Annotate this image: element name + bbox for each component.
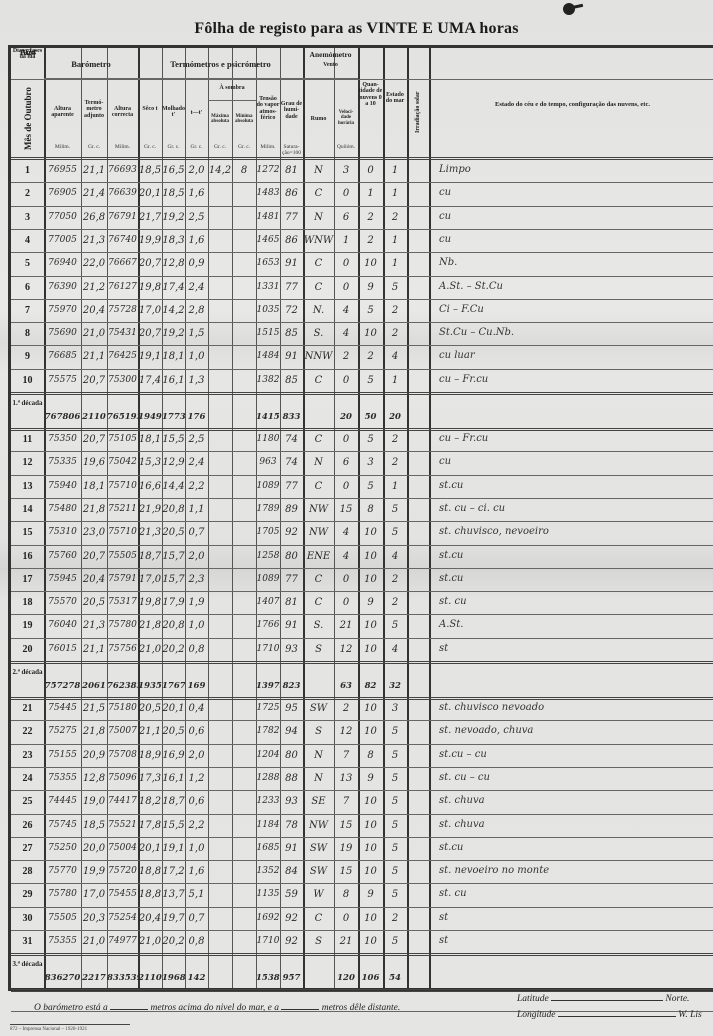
anemometro-header: Anemómetro <box>303 51 358 59</box>
sky-description: st. chuva <box>439 819 485 830</box>
table-row: 167576020,77550518,715,72,0125880ENE4104… <box>11 546 713 569</box>
cell-term: 21,3 <box>81 235 107 246</box>
cell-vel: 0 <box>334 913 358 924</box>
decada-molh: 1773 <box>162 412 185 422</box>
cell-dif: 1,6 <box>185 866 208 877</box>
cell-seco: 15,3 <box>138 457 162 468</box>
col-altura-aparente: Altura aparente <box>44 106 81 119</box>
latitude-label: Latitude <box>517 994 549 1004</box>
cell-nuv: 9 <box>358 597 383 608</box>
table-row: 137594018,17571016,614,42,2108977C051st.… <box>11 476 713 499</box>
cell-molh: 15,7 <box>162 551 185 562</box>
cell-molh: 18,5 <box>162 188 185 199</box>
cell-humid: 93 <box>280 644 303 655</box>
cell-alt_ap: 77005 <box>44 235 81 245</box>
barometro-note-a: O barómetro está a <box>34 1003 108 1013</box>
cell-seco: 18,1 <box>138 434 162 445</box>
cell-mar: 2 <box>383 913 407 924</box>
cell-alt_ap: 76390 <box>44 282 81 292</box>
cell-rumo: ENE <box>303 551 334 562</box>
cell-molh: 18,1 <box>162 351 185 362</box>
cell-vel: 0 <box>334 375 358 386</box>
cell-mar: 5 <box>383 936 407 947</box>
cell-alt_corr: 75007 <box>107 726 138 736</box>
cell-mar: 1 <box>383 235 407 246</box>
cell-tensao: 1035 <box>256 305 280 315</box>
cell-seco: 19,1 <box>138 351 162 362</box>
cell-alt_corr: 75780 <box>107 620 138 630</box>
sky-description: A.St. – St.Cu <box>439 281 503 292</box>
cell-seco: 20,5 <box>138 703 162 714</box>
cell-alt_ap: 75275 <box>44 726 81 736</box>
cell-term: 26,8 <box>81 212 107 223</box>
cell-seco: 18,7 <box>138 551 162 562</box>
cell-vel: 6 <box>334 212 358 223</box>
cell-nuv: 10 <box>358 644 383 655</box>
cell-rumo: C <box>303 574 334 585</box>
cell-dif: 2,2 <box>185 481 208 492</box>
table-row: 147548021,87521121,920,81,1178989NW1585s… <box>11 499 713 522</box>
table-row: 87569021,07543120,719,21,5151585S.4102St… <box>11 323 713 346</box>
latitude-suffix: Norte. <box>665 994 689 1004</box>
table-row: 317535521,07497721,020,20,8171092S21105s… <box>11 931 713 954</box>
cell-alt_corr: 75710 <box>107 481 138 491</box>
cell-humid: 92 <box>280 936 303 947</box>
cell-molh: 12,9 <box>162 457 185 468</box>
cell-vel: 12 <box>334 726 358 737</box>
cell-tensao: 1705 <box>256 527 280 537</box>
cell-nuv: 10 <box>358 843 383 854</box>
decada-dif: 176 <box>185 412 208 422</box>
cell-vel: 4 <box>334 305 358 316</box>
decada-mar: 20 <box>383 412 407 422</box>
cell-humid: 92 <box>280 527 303 538</box>
cell-nuv: 10 <box>358 866 383 877</box>
cell-rumo: C <box>303 434 334 445</box>
decada-seco: 2110 <box>138 973 162 983</box>
cell-molh: 19,7 <box>162 913 185 924</box>
cell-molh: 15,5 <box>162 820 185 831</box>
cell-dif: 1,0 <box>185 620 208 631</box>
cell-alt_corr: 76639 <box>107 188 138 198</box>
sky-description: st <box>439 643 448 654</box>
ink-blot <box>563 3 575 15</box>
cell-rumo: SE <box>303 796 334 807</box>
cell-seco: 20,7 <box>138 328 162 339</box>
decada-tensao: 15389 <box>256 973 280 983</box>
barometro-note: O barómetro está a metros acima do nivel… <box>34 1003 400 1013</box>
cell-term: 20,4 <box>81 305 107 316</box>
col-nuvens: Quan-tidade de nuvens 0 a 10 <box>358 82 383 107</box>
day-number: 27 <box>11 843 44 854</box>
table-row: 277525020,07500420,119,11,0168591SW19105… <box>11 838 713 861</box>
sky-description: A.St. <box>439 619 463 630</box>
day-number: 21 <box>11 703 44 714</box>
col-maxima: Máxima absoluta <box>208 114 232 125</box>
cell-mar: 5 <box>383 726 407 737</box>
cell-alt_ap: 75770 <box>44 866 81 876</box>
cell-seco: 21,0 <box>138 936 162 947</box>
cell-mar: 5 <box>383 843 407 854</box>
cell-seco: 21,1 <box>138 726 162 737</box>
cell-vel: 0 <box>334 188 358 199</box>
cell-molh: 13,7 <box>162 889 185 900</box>
cell-vel: 7 <box>334 796 358 807</box>
cell-seco: 19,8 <box>138 282 162 293</box>
cell-humid: 74 <box>280 457 303 468</box>
table-row: 127533519,67504215,312,92,496374N632cu <box>11 452 713 475</box>
cell-molh: 17,9 <box>162 597 185 608</box>
cell-dif: 2,4 <box>185 282 208 293</box>
cell-alt_ap: 76685 <box>44 351 81 361</box>
cell-seco: 20,7 <box>138 258 162 269</box>
sky-description: st <box>439 935 448 946</box>
sky-description: st <box>439 912 448 923</box>
decada-nuv: 50 <box>358 412 383 422</box>
decada-term: 2217 <box>81 973 107 983</box>
cell-nuv: 9 <box>358 773 383 784</box>
cell-alt_ap: 77050 <box>44 212 81 222</box>
decada-summary-row: 2.ª década757278206176238319351767169139… <box>11 662 713 698</box>
cell-dif: 2,3 <box>185 574 208 585</box>
cell-alt_ap: 76905 <box>44 188 81 198</box>
cell-alt_ap: 76015 <box>44 644 81 654</box>
cell-rumo: SW <box>303 866 334 877</box>
cell-mar: 2 <box>383 434 407 445</box>
cell-humid: 91 <box>280 620 303 631</box>
table-row: 47700521,37674019,918,31,6146586WNW121cu <box>11 230 713 253</box>
cell-tensao: 1484 <box>256 351 280 361</box>
day-number: 25 <box>11 796 44 807</box>
unit-term: Gr. c. <box>81 144 107 150</box>
cell-dif: 2,0 <box>185 750 208 761</box>
decada-vel: 63 <box>334 681 358 691</box>
cell-alt_ap: 75350 <box>44 434 81 444</box>
sky-description: cu – Fr.cu <box>439 433 488 444</box>
cell-molh: 16,9 <box>162 750 185 761</box>
cell-tensao: 1180 <box>256 434 280 444</box>
cell-term: 18,5 <box>81 820 107 831</box>
decada-mar: 54 <box>383 973 407 983</box>
cell-seco: 19,9 <box>138 235 162 246</box>
decada-vel: 120 <box>334 973 358 983</box>
cell-alt_corr: 75105 <box>107 434 138 444</box>
day-number: 2 <box>11 188 44 199</box>
cell-tensao: 1258 <box>256 551 280 561</box>
cell-tensao: 1483 <box>256 188 280 198</box>
cell-alt_corr: 75521 <box>107 820 138 830</box>
cell-tensao: 1782 <box>256 726 280 736</box>
cell-alt_corr: 75042 <box>107 457 138 467</box>
cell-vel: 4 <box>334 551 358 562</box>
cell-term: 20,3 <box>81 913 107 924</box>
cell-vel: 21 <box>334 620 358 631</box>
cell-nuv: 10 <box>358 913 383 924</box>
cell-term: 12,8 <box>81 773 107 784</box>
cell-tensao: 1331 <box>256 282 280 292</box>
cell-vel: 12 <box>334 644 358 655</box>
cell-rumo: S <box>303 936 334 947</box>
cell-molh: 16,1 <box>162 375 185 386</box>
cell-rumo: NW <box>303 820 334 831</box>
day-number: 23 <box>11 750 44 761</box>
cell-mar: 1 <box>383 188 407 199</box>
cell-term: 20,0 <box>81 843 107 854</box>
cell-tensao: 1481 <box>256 212 280 222</box>
day-number: 9 <box>11 351 44 362</box>
cell-humid: 81 <box>280 165 303 176</box>
day-number: 28 <box>11 866 44 877</box>
sky-description: st. nevoeiro no monte <box>439 865 549 876</box>
col-a-sombra: À sombra <box>208 85 256 91</box>
cell-vel: 0 <box>334 282 358 293</box>
cell-mar: 5 <box>383 282 407 293</box>
cell-vel: 0 <box>334 597 358 608</box>
cell-nuv: 10 <box>358 703 383 714</box>
decada-alt_corr: 765193 <box>107 412 138 422</box>
cell-alt_corr: 75096 <box>107 773 138 783</box>
decada-nuv: 82 <box>358 681 383 691</box>
sky-description: St.Cu – Cu.Nb. <box>439 327 514 338</box>
cell-alt_corr: 75708 <box>107 750 138 760</box>
cell-alt_ap: 75940 <box>44 481 81 491</box>
sky-description: st.cu – cu <box>439 749 487 760</box>
cell-term: 20,4 <box>81 574 107 585</box>
decada-molh: 1767 <box>162 681 185 691</box>
col-grau-humidade: Grau de humi-dade <box>280 101 303 120</box>
cell-alt_ap: 75355 <box>44 773 81 783</box>
cell-term: 21,1 <box>81 351 107 362</box>
cell-tensao: 1288 <box>256 773 280 783</box>
sky-description: st. cu – ci. cu <box>439 503 505 514</box>
cell-mar: 5 <box>383 889 407 900</box>
cell-rumo: C <box>303 375 334 386</box>
cell-seco: 18,8 <box>138 889 162 900</box>
cell-dif: 0,8 <box>185 644 208 655</box>
cell-dif: 1,0 <box>185 843 208 854</box>
cell-vel: 2 <box>334 703 358 714</box>
col-altura-correcta: Altura correcta <box>107 106 138 119</box>
cell-alt_corr: 76791 <box>107 212 138 222</box>
cell-nuv: 10 <box>358 620 383 631</box>
cell-alt_ap: 75335 <box>44 457 81 467</box>
cell-molh: 12,8 <box>162 258 185 269</box>
decada-summary-row: 1.ª década767806211076519319491773176141… <box>11 393 713 429</box>
table-row: 287577019,97572018,817,21,6135284SW15105… <box>11 861 713 884</box>
cell-dif: 1,6 <box>185 235 208 246</box>
sky-description: st. chuva <box>439 795 485 806</box>
table-row: 27690521,47663920,118,51,6148386C011cu <box>11 183 713 206</box>
cell-vel: 15 <box>334 504 358 515</box>
cell-vel: 3 <box>334 165 358 176</box>
barometro-header: Barómetro <box>44 60 138 69</box>
cell-molh: 17,4 <box>162 282 185 293</box>
sky-description: st. cu <box>439 596 467 607</box>
day-number: 14 <box>11 504 44 515</box>
cell-mar: 5 <box>383 796 407 807</box>
col-estado-mar: Estado do mar <box>383 92 407 105</box>
cell-dif: 2,4 <box>185 457 208 468</box>
cell-nuv: 8 <box>358 504 383 515</box>
termometros-header: Termómetros e psicrómetro <box>138 60 303 69</box>
cell-seco: 20,4 <box>138 913 162 924</box>
cell-molh: 19,1 <box>162 843 185 854</box>
cell-seco: 18,5 <box>138 165 162 176</box>
cell-tensao: 1710 <box>256 936 280 946</box>
cell-humid: 86 <box>280 188 303 199</box>
cell-tensao: 963 <box>256 457 280 467</box>
cell-humid: 92 <box>280 913 303 924</box>
table-row: 117535020,77510518,115,52,5118074C052cu … <box>11 429 713 452</box>
day-number: 7 <box>11 305 44 316</box>
table-row: 247535512,87509617,316,11,2128888N1395st… <box>11 768 713 791</box>
decada-summary-row: 3.ª década836270221783353921101968142153… <box>11 954 713 990</box>
cell-term: 21,2 <box>81 282 107 293</box>
sky-description: st. chuvisco, nevoeiro <box>439 526 549 537</box>
cell-vel: 13 <box>334 773 358 784</box>
longitude-blank[interactable] <box>558 1016 676 1017</box>
cell-alt_ap: 75780 <box>44 889 81 899</box>
cell-seco: 17,0 <box>138 574 162 585</box>
decada-nuv: 106 <box>358 973 383 983</box>
decada-humid: 957 <box>280 973 303 983</box>
cell-nuv: 10 <box>358 258 383 269</box>
decada-seco: 1935 <box>138 681 162 691</box>
cell-max: 14,2 <box>208 165 232 176</box>
cell-rumo: N <box>303 165 334 176</box>
cell-mar: 5 <box>383 866 407 877</box>
cell-dif: 2,5 <box>185 212 208 223</box>
cell-alt_corr: 75791 <box>107 574 138 584</box>
day-number: 31 <box>11 936 44 947</box>
cell-term: 21,8 <box>81 504 107 515</box>
cell-alt_ap: 75570 <box>44 597 81 607</box>
cell-alt_corr: 75720 <box>107 866 138 876</box>
cell-alt_corr: 75756 <box>107 644 138 654</box>
cell-alt_corr: 75254 <box>107 913 138 923</box>
cell-term: 21,1 <box>81 165 107 176</box>
cell-alt_ap: 74445 <box>44 796 81 806</box>
decada-label: 2.ª década <box>11 668 44 676</box>
unit-alt_corr: Milim. <box>107 144 138 150</box>
cell-mar: 3 <box>383 703 407 714</box>
cell-nuv: 8 <box>358 750 383 761</box>
cell-mar: 5 <box>383 527 407 538</box>
cell-rumo: S. <box>303 620 334 631</box>
barometro-note-c: metros dêle distante. <box>322 1003 401 1013</box>
cell-term: 20,7 <box>81 551 107 562</box>
unit-dif: Gr. c. <box>185 144 208 150</box>
table-row: 207601521,17575621,020,20,8171093S12104s… <box>11 639 713 662</box>
cell-nuv: 0 <box>358 165 383 176</box>
day-number: 30 <box>11 913 44 924</box>
cell-nuv: 9 <box>358 282 383 293</box>
cell-mar: 2 <box>383 574 407 585</box>
cell-term: 19,0 <box>81 796 107 807</box>
decada-molh: 1968 <box>162 973 185 983</box>
sky-description: st.cu <box>439 842 463 853</box>
barometro-distance-blank[interactable] <box>281 1009 319 1010</box>
cell-alt_ap: 75310 <box>44 527 81 537</box>
cell-rumo: C <box>303 913 334 924</box>
unit-alt_ap: Milim. <box>44 144 81 150</box>
cell-dif: 1,2 <box>185 773 208 784</box>
cell-alt_corr: 75004 <box>107 843 138 853</box>
cell-humid: 59 <box>280 889 303 900</box>
cell-rumo: W <box>303 889 334 900</box>
cell-term: 20,7 <box>81 375 107 386</box>
cell-term: 20,5 <box>81 597 107 608</box>
cell-seco: 17,0 <box>138 305 162 316</box>
cell-mar: 5 <box>383 504 407 515</box>
latitude-blank[interactable] <box>551 1000 663 1001</box>
decada-term: 2110 <box>81 412 107 422</box>
day-number: 16 <box>11 551 44 562</box>
cell-vel: 0 <box>334 434 358 445</box>
cell-term: 20,7 <box>81 434 107 445</box>
cell-seco: 21,9 <box>138 504 162 515</box>
cell-nuv: 2 <box>358 351 383 362</box>
longitude-label: Longitude <box>517 1010 556 1020</box>
cell-alt_corr: 75728 <box>107 305 138 315</box>
day-number: 22 <box>11 726 44 737</box>
day-number: 10 <box>11 375 44 386</box>
cell-mar: 2 <box>383 457 407 468</box>
cell-rumo: NW <box>303 504 334 515</box>
cell-term: 17,0 <box>81 889 107 900</box>
cell-molh: 20,5 <box>162 726 185 737</box>
cell-nuv: 3 <box>358 457 383 468</box>
longitude-line: Longitude W. Lis <box>517 1010 702 1020</box>
cell-alt_corr: 76127 <box>107 282 138 292</box>
cell-humid: 77 <box>280 282 303 293</box>
cell-molh: 16,1 <box>162 773 185 784</box>
cell-dif: 0,6 <box>185 796 208 807</box>
cell-rumo: N <box>303 212 334 223</box>
col-velocidade: Veloci-dade horária <box>334 110 358 126</box>
header-rule <box>303 78 358 79</box>
cell-alt_ap: 75690 <box>44 328 81 338</box>
table-row: 267574518,57552117,815,52,2118478NW15105… <box>11 815 713 838</box>
cell-rumo: C <box>303 597 334 608</box>
cell-vel: 4 <box>334 527 358 538</box>
cell-alt_corr: 76667 <box>107 258 138 268</box>
cell-molh: 18,7 <box>162 796 185 807</box>
cell-mar: 5 <box>383 773 407 784</box>
day-number: 12 <box>11 457 44 468</box>
cell-nuv: 10 <box>358 551 383 562</box>
cell-molh: 16,5 <box>162 165 185 176</box>
cell-alt_ap: 76940 <box>44 258 81 268</box>
col-minima: Mínima absoluta <box>232 114 256 125</box>
barometro-altitude-blank[interactable] <box>110 1009 148 1010</box>
cell-vel: 0 <box>334 574 358 585</box>
cell-seco: 18,8 <box>138 866 162 877</box>
cell-humid: 78 <box>280 820 303 831</box>
decada-humid: 833 <box>280 412 303 422</box>
cell-vel: 0 <box>334 258 358 269</box>
cell-term: 21,0 <box>81 328 107 339</box>
cell-seco: 18,9 <box>138 750 162 761</box>
cell-term: 21,0 <box>81 936 107 947</box>
cell-tensao: 1653 <box>256 258 280 268</box>
cell-mar: 1 <box>383 375 407 386</box>
cell-molh: 20,2 <box>162 644 185 655</box>
month-label: Mês de Outubro <box>23 76 33 150</box>
sky-description: cu – Fr.cu <box>439 374 488 385</box>
table-row: 187557020,57531719,817,91,9140781C092st.… <box>11 592 713 615</box>
col-estado-ceu: Estado do céu e do tempo, configuração d… <box>429 102 713 109</box>
